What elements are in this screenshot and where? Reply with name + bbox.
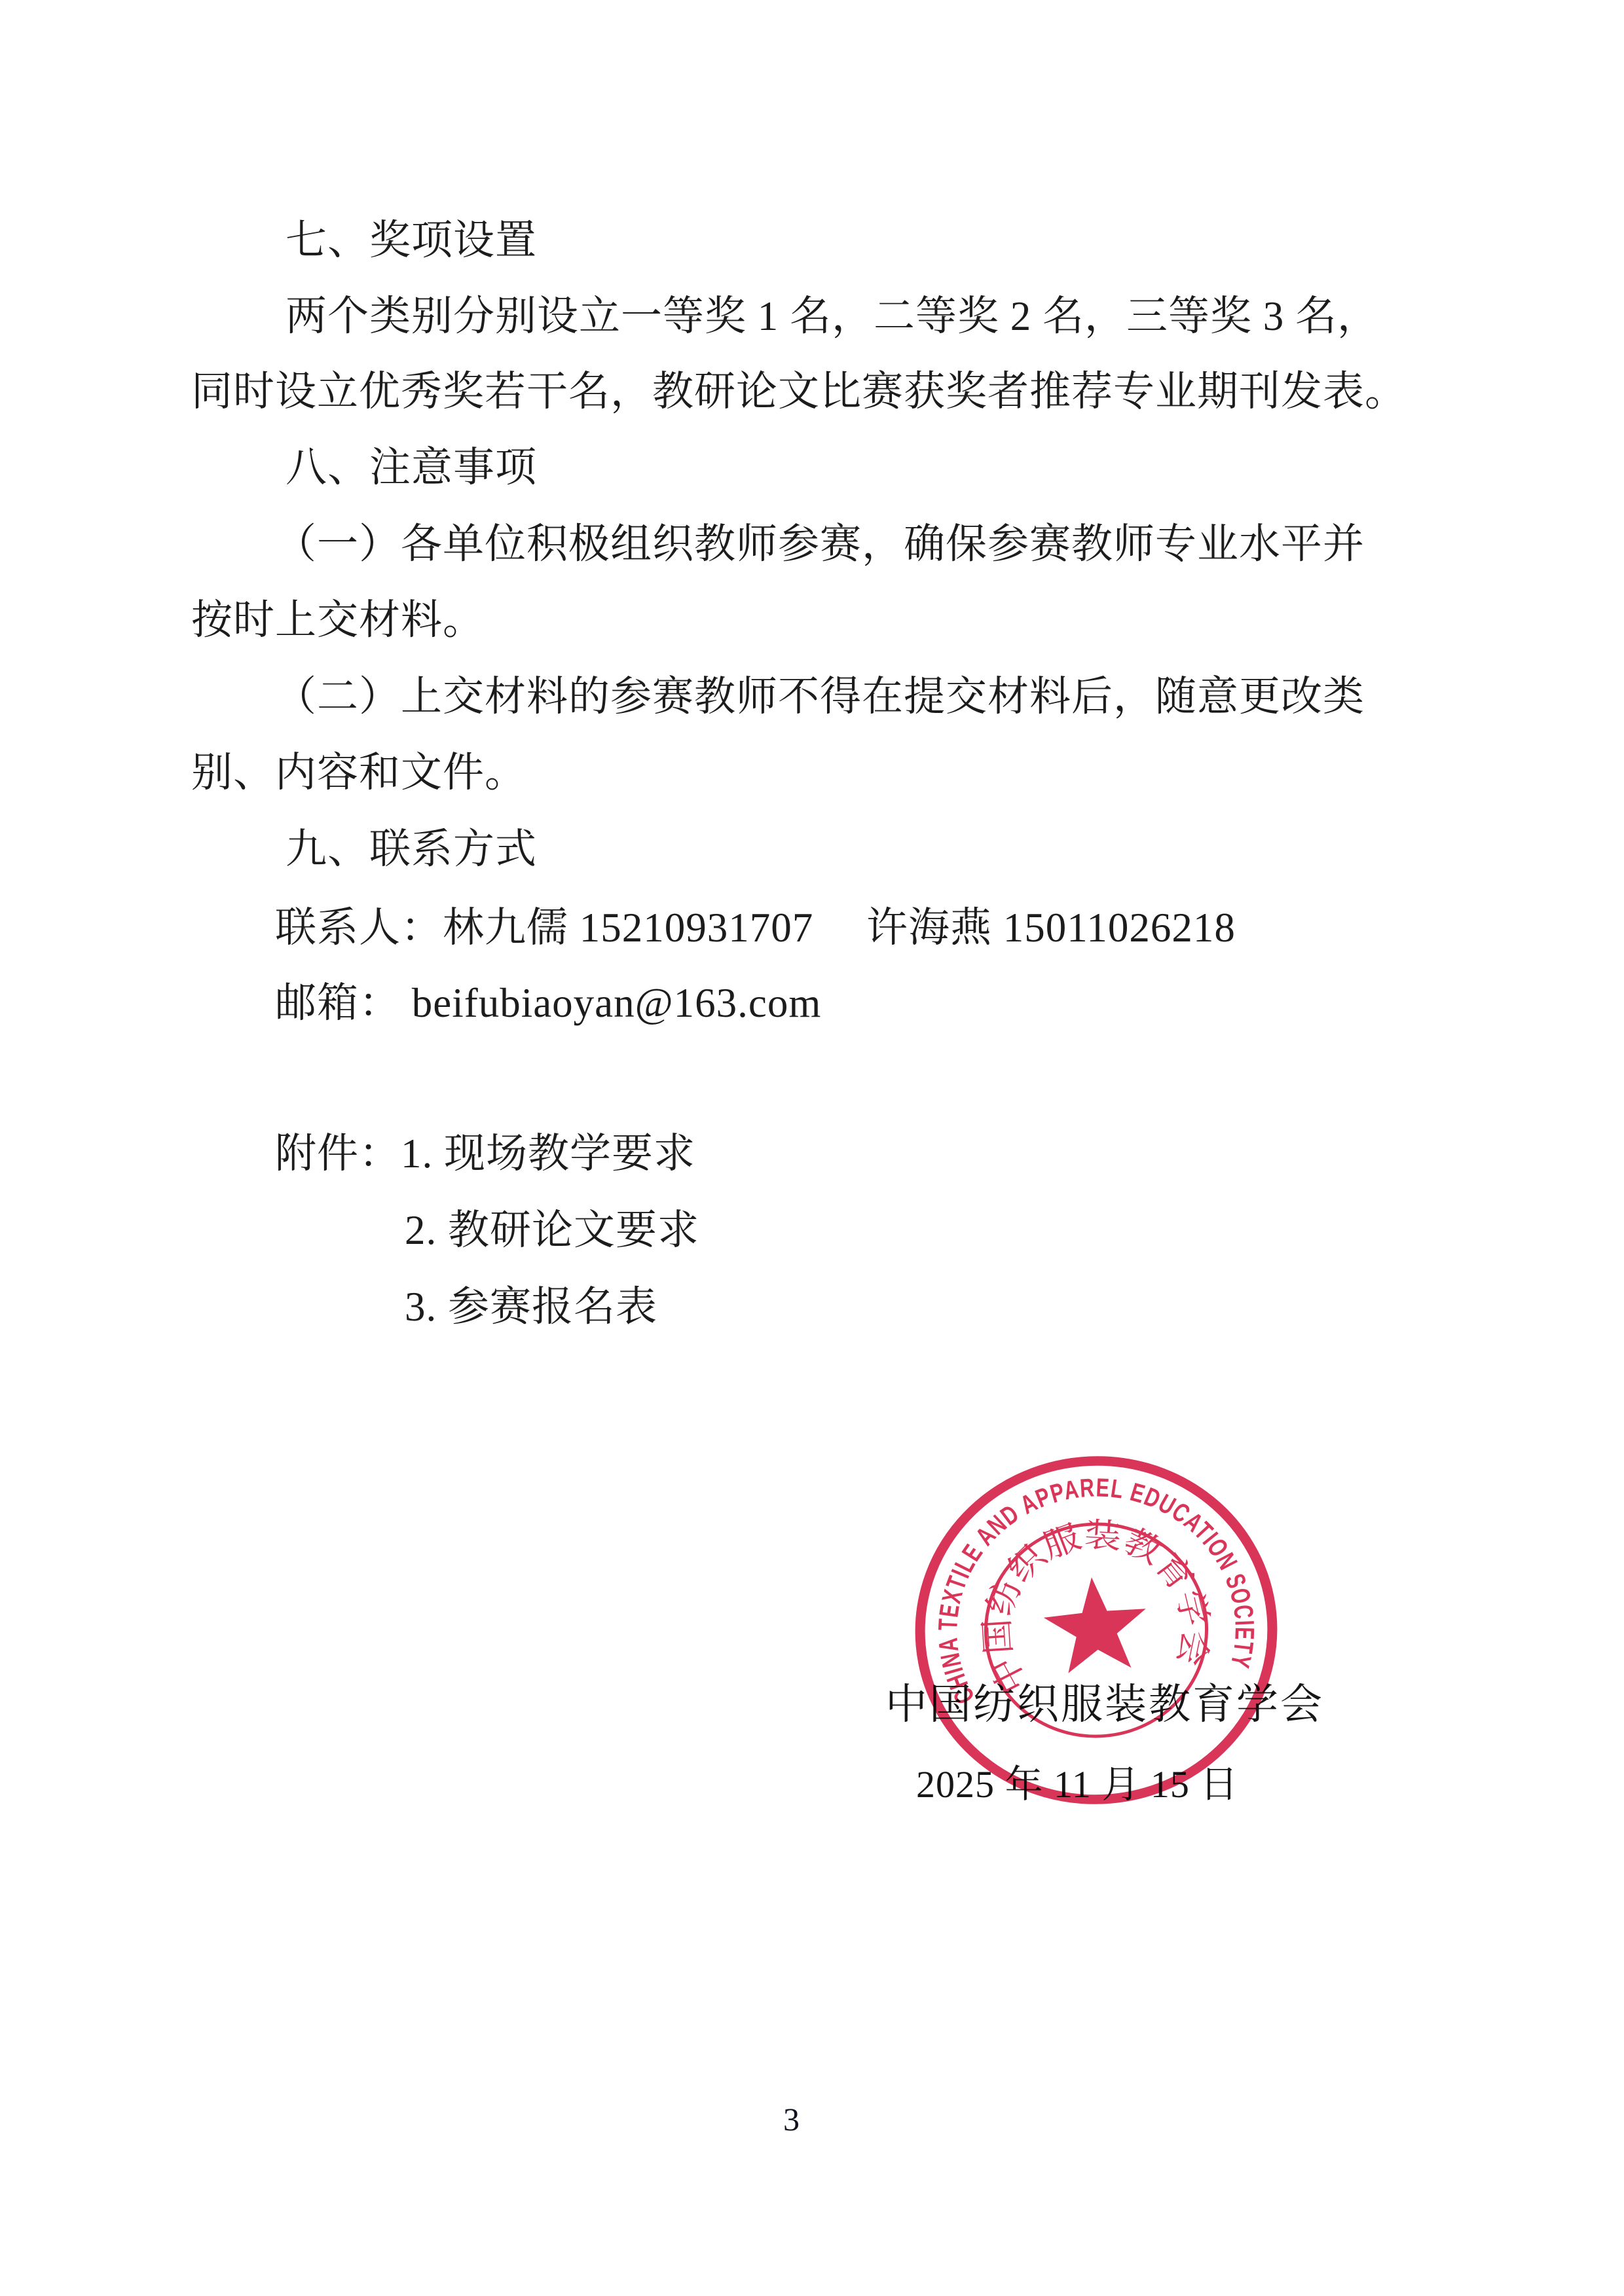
section-heading-contact: 九、联系方式 <box>286 827 537 872</box>
attachment-line-1: 附件：1. 现场教学要求 <box>275 1131 695 1176</box>
paragraph-awards-line-2: 同时设立优秀奖若干名，教研论文比赛获奖者推荐专业期刊发表。 <box>191 369 1407 414</box>
paragraph-note2-line-1: （二）上交材料的参赛教师不得在提交材料后，随意更改类 <box>275 674 1365 720</box>
official-seal-stamp: CHINA TEXTILE AND APPAREL EDUCATION SOCI… <box>898 1438 1295 1823</box>
document-page: 七、奖项设置 两个类别分别设立一等奖 1 名，二等奖 2 名，三等奖 3 名， … <box>0 0 1624 2296</box>
section-heading-awards: 七、奖项设置 <box>286 218 537 263</box>
attachment-line-2: 2. 教研论文要求 <box>405 1208 699 1253</box>
paragraph-note2-line-2: 别、内容和文件。 <box>191 750 526 795</box>
attachment-line-3: 3. 参赛报名表 <box>405 1285 657 1330</box>
contact-persons-line: 联系人：林九儒 15210931707 许海燕 15011026218 <box>275 905 1236 951</box>
star-icon <box>1041 1573 1151 1675</box>
paragraph-note1-line-1: （一）各单位积极组织教师参赛，确保参赛教师专业水平并 <box>275 522 1365 567</box>
paragraph-note1-line-2: 按时上交材料。 <box>191 598 485 643</box>
seal-graphic: CHINA TEXTILE AND APPAREL EDUCATION SOCI… <box>898 1438 1295 1823</box>
email-line: 邮箱： beifubiaoyan@163.com <box>275 981 821 1026</box>
section-heading-notes: 八、注意事项 <box>286 445 537 490</box>
page-number: 3 <box>783 2100 800 2138</box>
paragraph-awards-line-1: 两个类别分别设立一等奖 1 名，二等奖 2 名，三等奖 3 名， <box>286 294 1379 339</box>
